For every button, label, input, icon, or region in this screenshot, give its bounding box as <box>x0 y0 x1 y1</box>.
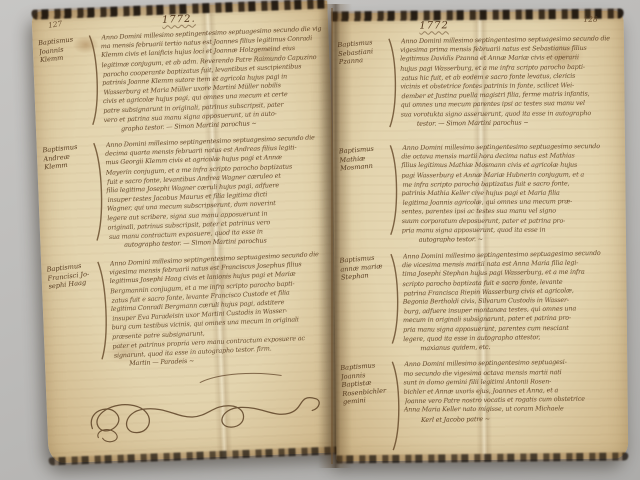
margin-brace-icon <box>390 360 401 452</box>
text-line: testor. — Simon Martini parochus ~ <box>401 117 617 128</box>
margin-brace-icon <box>387 37 398 129</box>
baptism-entry: BaptismusSebastianiPzanna Anno Domini mi… <box>338 35 617 138</box>
margin-brace-icon <box>87 33 101 126</box>
text-line: autographo testor. ~ <box>403 234 619 245</box>
margin-brace-icon <box>96 259 110 361</box>
text-line: Kerl et Jacobo patre ~ <box>405 413 621 425</box>
entry-body-text: Anno Domini millesimo septingentesimo se… <box>403 358 620 425</box>
entry-body-text: Anno Domini millesimo septingentesimo se… <box>402 249 619 353</box>
entry-body-text: Anno Domini millesimo septingentesimo se… <box>400 35 617 129</box>
margin-brace-icon <box>389 252 400 345</box>
right-page-number: 128 <box>583 15 597 24</box>
scan-background: 127 1772. BaptismusJoannisKlemm Anno Dom… <box>0 0 640 480</box>
entry-margin-note: BaptismusJoannisKlemm <box>38 32 87 65</box>
entry-body-text: Anno Domini millesimo septingentesimo se… <box>109 250 334 370</box>
margin-brace-icon <box>92 141 105 243</box>
entry-margin-note: BaptismusAndreæKlemm <box>42 140 91 172</box>
entry-margin-note: Baptismusannæ mariæStephan <box>339 251 387 283</box>
right-page-year-header: 1772 <box>419 20 449 31</box>
right-page-entries: BaptismusSebastianiPzanna Anno Domini mi… <box>338 35 620 456</box>
baptism-entry: Baptismusannæ mariæStephan Anno Domini m… <box>340 249 619 354</box>
baptism-entry: BaptismusJoannisKlemm Anno Domini milles… <box>38 25 324 137</box>
right-page: 128 1772 BaptismusSebastianiPzanna Anno … <box>332 10 629 461</box>
entry-margin-note: BaptismusSebastianiPzanna <box>337 35 385 66</box>
entry-margin-note: BaptismusFrancisci Jo-sephi Haag <box>46 258 95 291</box>
pen-flourish <box>80 383 330 450</box>
left-page-number: 127 <box>47 19 62 30</box>
entry-body-text: Anno Domini millesimo septingentesimo se… <box>100 25 324 135</box>
margin-brace-icon <box>388 143 398 236</box>
baptism-entry: BaptismusFrancisci Jo-sephi Haag Anno Do… <box>47 250 333 372</box>
text-line: gemini <box>343 395 390 407</box>
entry-body-text: Anno Domini millesimo septingentesimo se… <box>401 142 618 244</box>
entry-body-text: Anno Domini millesimo septingentesimo se… <box>105 134 329 252</box>
text-line: sentes, parentes ipsi ac testes sua manu… <box>402 207 618 217</box>
baptism-entry: BaptismusAndreæKlemm Anno Domini millesi… <box>43 134 329 254</box>
baptism-entry: BaptismusMathiæMosmann Anno Domini mille… <box>339 142 618 245</box>
left-page-year-header: 1772. <box>162 14 196 26</box>
entry-margin-note: BaptismusMathiæMosmann <box>338 142 386 173</box>
left-page: 127 1772. BaptismusJoannisKlemm Anno Dom… <box>31 0 344 463</box>
entry-margin-note: BaptismusJoannisBaptistæRosenbichlergemi… <box>340 359 389 408</box>
baptism-entry: BaptismusJoannisBaptistæRosenbichlergemi… <box>341 358 620 461</box>
